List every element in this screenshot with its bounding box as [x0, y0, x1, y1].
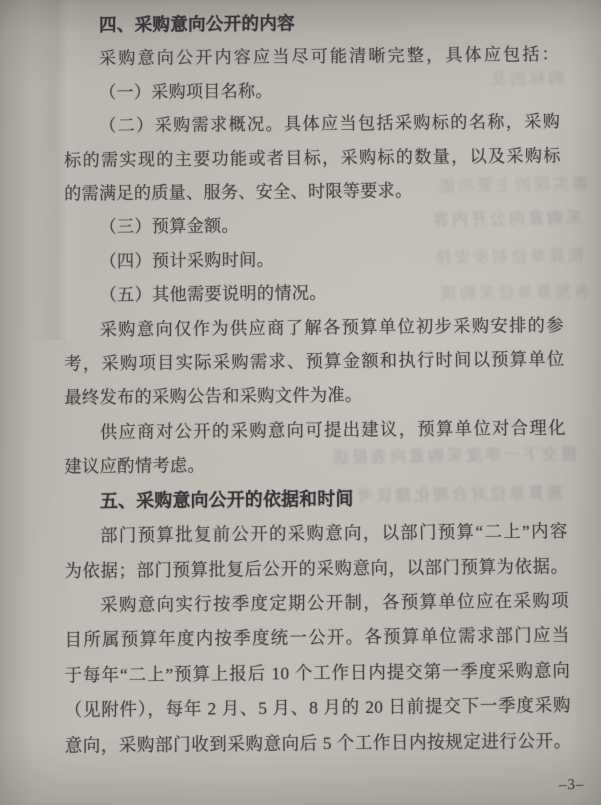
- section-heading-5: 五、采购意向公开的依据和时间: [64, 480, 567, 519]
- text-line: 考，采购项目实际采购需求、预算金额和执行时间以预算单位: [64, 342, 564, 381]
- text-line: 目所属预算年度内按季度统一公开。各预算单位需求部门应当: [65, 618, 570, 658]
- text-line: 部门预算批复前公开的采购意向，以部门预算“二上”内容: [64, 514, 567, 554]
- text-line: 于每年“二上”预算上报后 10 个工作日内提交第一季度采购意向: [65, 653, 571, 693]
- text-line: （四）预计采购时间。: [64, 240, 563, 279]
- photographed-document-page: { "paper": { "page_number": "–3–" }, "do…: [0, 0, 601, 805]
- text-line: （五）其他需要说明的情况。: [64, 274, 563, 313]
- text-line: 采购意向仅作为供应商了解各预算单位初步采购安排的参: [64, 308, 564, 347]
- text-line: 最终发布的采购公告和采购文件为准。: [64, 377, 565, 416]
- text-line: 采购意向实行按季度定期公开制，各预算单位应在采购项: [65, 583, 570, 623]
- text-line: 建议应酌情考虑。: [64, 445, 566, 484]
- text-line: 供应商对公开的采购意向可提出建议，预算单位对合理化: [64, 411, 566, 450]
- text-line: 为依据；部门预算批复后公开的采购意向，以部门预算为依据。: [65, 549, 569, 589]
- text-line: 意向，采购部门收到采购意向后 5 个工作日内按规定进行公开。: [65, 723, 572, 763]
- text-line: 采购意向公开内容应当尽可能清晰完整，具体应包括：: [64, 38, 559, 76]
- text-line: （二）采购需求概况。具体应当包括采购标的名称，采购: [64, 105, 560, 143]
- page-number: –3–: [558, 777, 584, 794]
- text-line: （见附件），每年 2 月、5 月、8 月的 20 日前提交下一季度采购: [65, 688, 571, 728]
- text-line: 的需满足的质量、服务、安全、时限等要求。: [64, 172, 561, 211]
- text-line: （三）预算金额。: [64, 206, 562, 245]
- document-text-block: 四、采购意向公开的内容 采购意向公开内容应当尽可能清晰完整，具体应包括： （一）…: [64, 5, 572, 764]
- text-line: （一）采购项目名称。: [64, 72, 560, 110]
- section-heading-4: 四、采购意向公开的内容: [64, 5, 559, 43]
- text-line: 标的需实现的主要功能或者目标，采购标的数量，以及采购标: [64, 139, 561, 178]
